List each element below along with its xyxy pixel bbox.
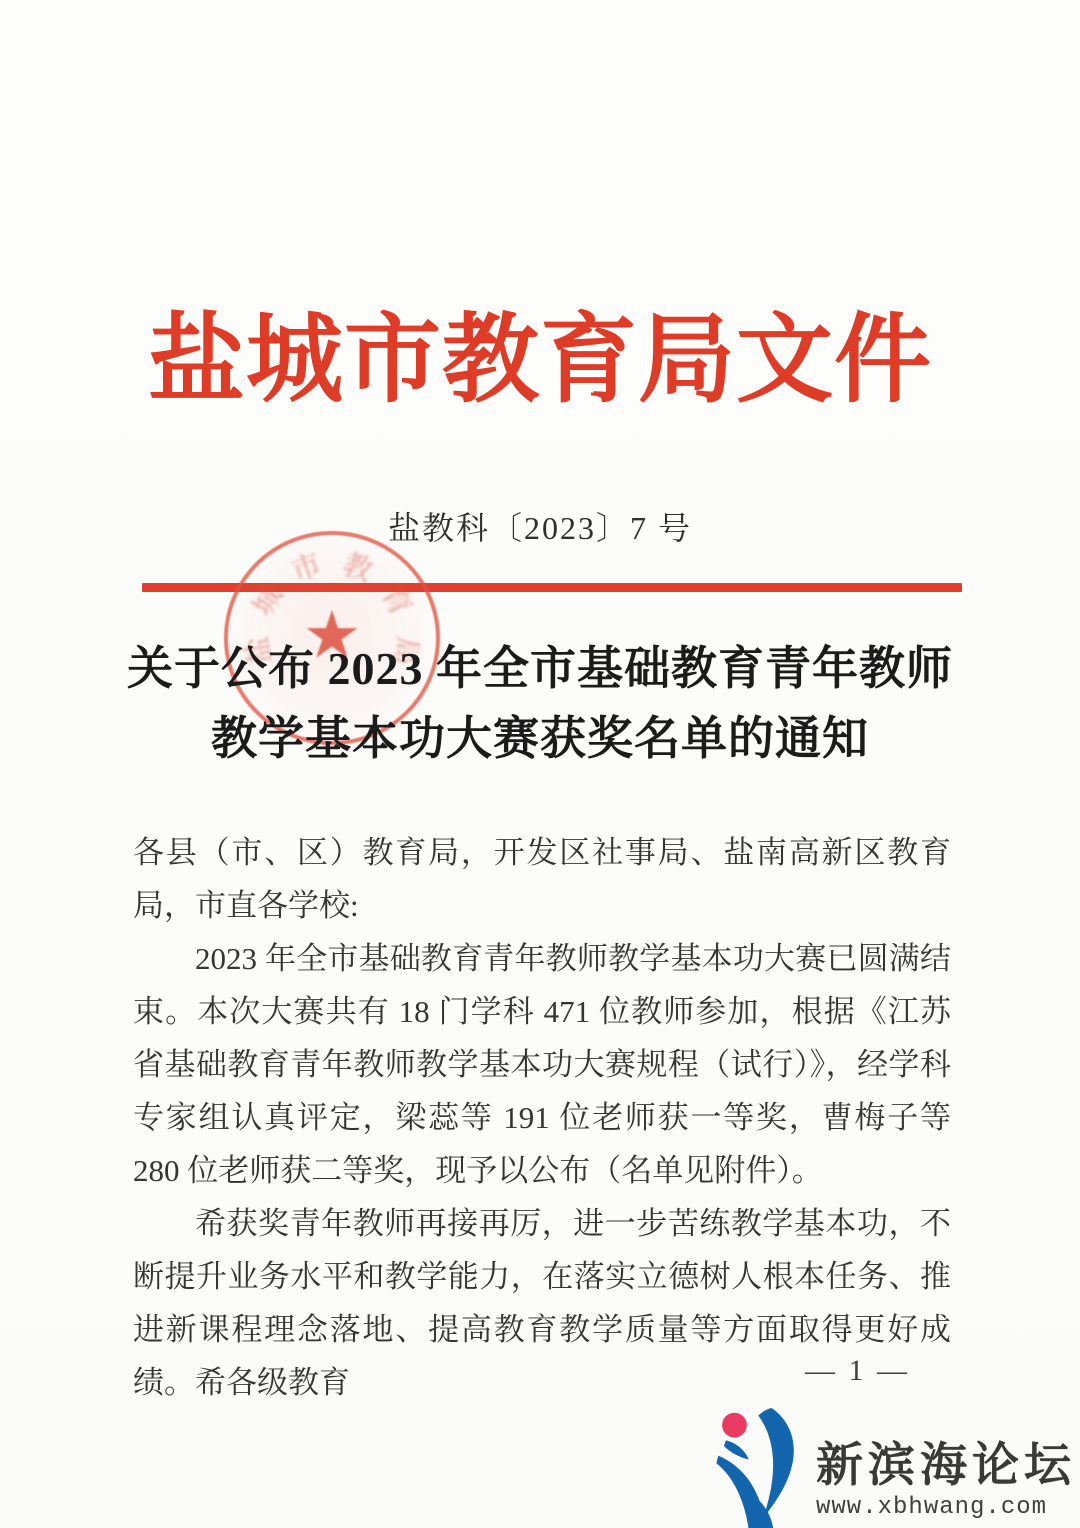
forum-watermark: 新滨海论坛 www.xbhwang.com (716, 1408, 1076, 1528)
notice-title: 关于公布 2023 年全市基础教育青年教师 教学基本功大赛获奖名单的通知 (0, 634, 1080, 774)
forum-logo-icon (716, 1408, 812, 1528)
salutation-paragraph: 各县（市、区）教育局，开发区社事局、盐南高新区教育局，市直各学校: (133, 826, 951, 932)
seal-arc-character: 育 (373, 578, 419, 624)
forum-site-url: www.xbhwang.com (816, 1494, 1047, 1522)
notice-body: 各县（市、区）教育局，开发区社事局、盐南高新区教育局，市直各学校: 2023 年… (133, 826, 951, 1409)
notice-title-line1: 关于公布 2023 年全市基础教育青年教师 (0, 634, 1080, 704)
notice-title-line2: 教学基本功大赛获奖名单的通知 (0, 704, 1080, 774)
document-page: 盐城市教育局文件 盐教科〔2023〕7 号 盐 城 市 教 育 局 ★ 关于公布… (0, 0, 1080, 1528)
forum-site-name: 新滨海论坛 (816, 1438, 1076, 1494)
seal-arc-character: 城 (245, 578, 291, 624)
seal-arc-character: 教 (336, 547, 380, 591)
letterhead-org-title: 盐城市教育局文件 (0, 296, 1080, 426)
body-paragraph-1: 2023 年全市基础教育青年教师教学基本功大赛已圆满结束。本次大赛共有 18 门… (133, 932, 951, 1197)
body-paragraph-2: 希获奖青年教师再接再厉，进一步苦练教学基本功，不断提升业务水平和教学能力，在落实… (133, 1197, 951, 1409)
document-reference-number: 盐教科〔2023〕7 号 (0, 506, 1080, 550)
forum-watermark-text: 新滨海论坛 www.xbhwang.com (816, 1438, 1076, 1528)
seal-arc-character: 市 (285, 547, 329, 591)
